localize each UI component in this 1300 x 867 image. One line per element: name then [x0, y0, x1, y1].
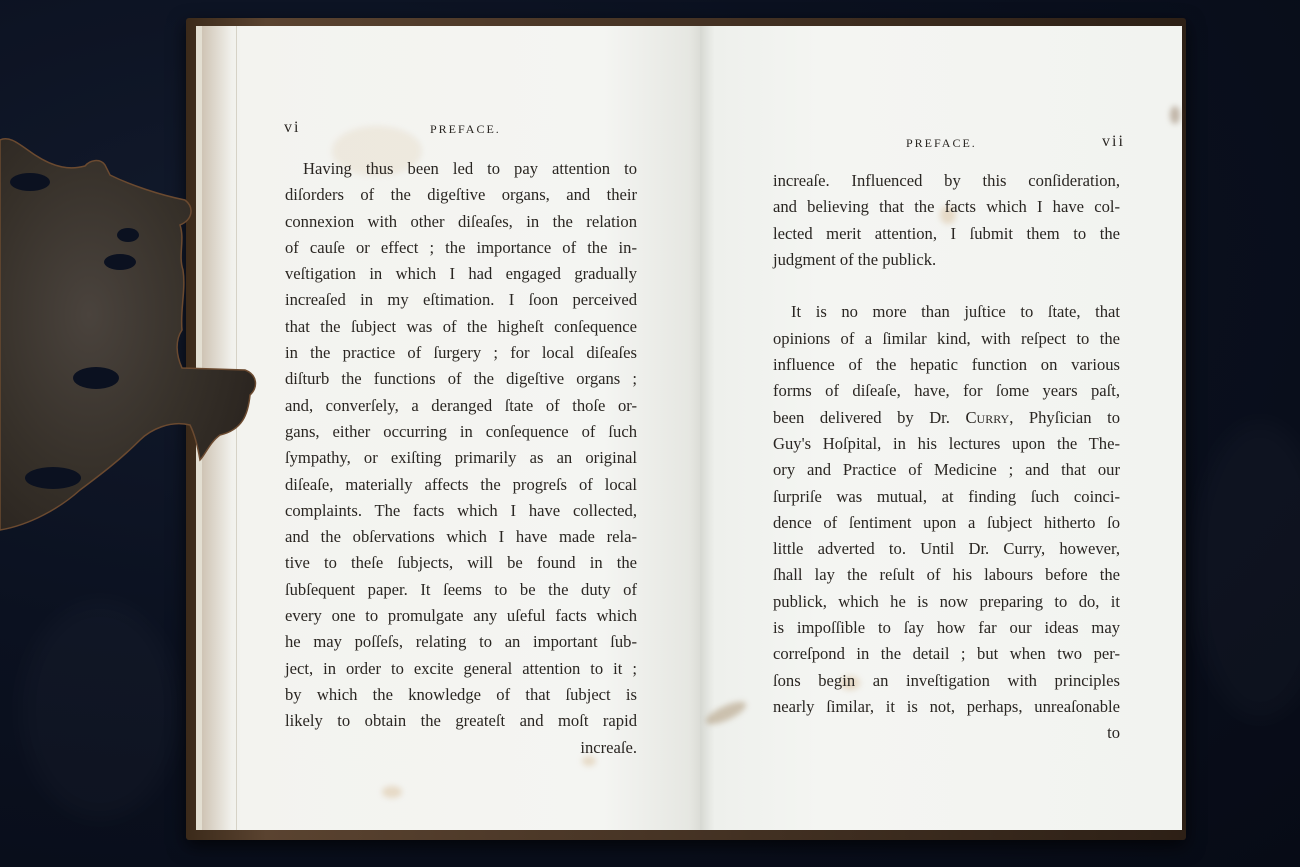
text-line: correſpond in the detail ; but when two …: [773, 641, 1120, 667]
text-line: connexion with other diſeaſes, in the re…: [285, 209, 637, 235]
author-name-smallcaps: Curry: [965, 408, 1009, 427]
foxing-spot: [382, 786, 402, 798]
text-line: ject, in order to excite general attenti…: [285, 656, 637, 682]
text-line: ſons begin an inveſtigation with princip…: [773, 668, 1120, 694]
text-line: increaſe. Influenced by this conſiderati…: [773, 168, 1120, 194]
text-line: of cauſe or effect ; the importance of t…: [285, 235, 637, 261]
text-line: he may poſſeſs, relating to an important…: [285, 629, 637, 655]
text-line: and, converſely, a deranged ſtate of tho…: [285, 393, 637, 419]
text-line: in the practice of ſurgery ; for local d…: [285, 340, 637, 366]
text-line: ſurpriſe was mutual, at finding ſuch coi…: [773, 484, 1120, 510]
text-line-with-name: been delivered by Dr. Curry, Phyſician t…: [773, 405, 1120, 431]
body-text: increaſe. Influenced by this conſiderati…: [773, 168, 1120, 747]
catchword: to: [773, 720, 1120, 746]
metal-bookmark-icon[interactable]: [0, 130, 265, 540]
text-line: diſturb the functions of the digeſtive o…: [285, 366, 637, 392]
catchword: increaſe.: [285, 735, 637, 761]
left-page: vi PREFACE. Having thus been led to pay …: [196, 26, 704, 830]
text-line: Guy's Hoſpital, in his lectures upon the…: [773, 431, 1120, 457]
text-line: It is no more than juſtice to ſtate, tha…: [773, 299, 1120, 325]
text-line: ſubſequent paper. It ſeems to be the dut…: [285, 577, 637, 603]
text-line: little adverted to. Until Dr. Curry, how…: [773, 536, 1120, 562]
text-line: likely to obtain the greateſt and moſt r…: [285, 708, 637, 734]
cloth-fold: [20, 600, 180, 820]
text-line: lected merit attention, I ſubmit them to…: [773, 221, 1120, 247]
page-number: vi: [284, 119, 300, 137]
text-line: is impoſſible to ſay how far our ideas m…: [773, 615, 1120, 641]
text-line: ſhall lay the reſult of his labours befo…: [773, 562, 1120, 588]
text-line: diſorders of the digeſtive organs, and t…: [285, 182, 637, 208]
text-line: that the ſubject was of the higheſt conſ…: [285, 314, 637, 340]
text-segment: , Phyſician to: [1009, 408, 1120, 427]
text-line: Having thus been led to pay attention to: [285, 156, 637, 182]
text-line: ſympathy, or exiſting primarily as an or…: [285, 445, 637, 471]
text-line: publick, which he is now preparing to do…: [773, 589, 1120, 615]
text-line: increaſed in my eſtimation. I ſoon perce…: [285, 287, 637, 313]
foxing-spot: [703, 697, 749, 728]
text-line: veſtigation in which I had engaged gradu…: [285, 261, 637, 287]
text-line: every one to promulgate any uſeful facts…: [285, 603, 637, 629]
text-line: dence of ſentiment upon a ſubject hither…: [773, 510, 1120, 536]
text-line: judgment of the publick.: [773, 247, 1120, 273]
text-line: influence of the hepatic function on var…: [773, 352, 1120, 378]
text-line: opinions of a ſimilar kind, with reſpect…: [773, 326, 1120, 352]
text-line: and believing that the facts which I hav…: [773, 194, 1120, 220]
text-line: gans, either occurring in conſequence of…: [285, 419, 637, 445]
body-text: Having thus been led to pay attention to…: [285, 156, 637, 761]
text-line: nearly ſimilar, it is not, perhaps, unre…: [773, 694, 1120, 720]
text-line: forms of diſeaſe, have, for ſome years p…: [773, 378, 1120, 404]
text-line: tive to theſe ſubjects, will be found in…: [285, 550, 637, 576]
text-line: by which the knowledge of that ſubject i…: [285, 682, 637, 708]
text-segment: been delivered by Dr.: [773, 408, 965, 427]
foxing-spot: [1170, 106, 1180, 124]
text-line: and the obſervations which I have made r…: [285, 524, 637, 550]
running-title: PREFACE.: [906, 136, 977, 151]
text-line: ory and Practice of Medicine ; and that …: [773, 457, 1120, 483]
cloth-fold: [1190, 420, 1300, 720]
right-page: PREFACE. vii increaſe. Influenced by thi…: [700, 26, 1182, 830]
text-line: complaints. The facts which I have colle…: [285, 498, 637, 524]
text-line: diſeaſe, materially affects the progreſs…: [285, 472, 637, 498]
page-number: vii: [1102, 133, 1125, 151]
running-title: PREFACE.: [430, 122, 501, 137]
paragraph-break: [773, 273, 1120, 299]
